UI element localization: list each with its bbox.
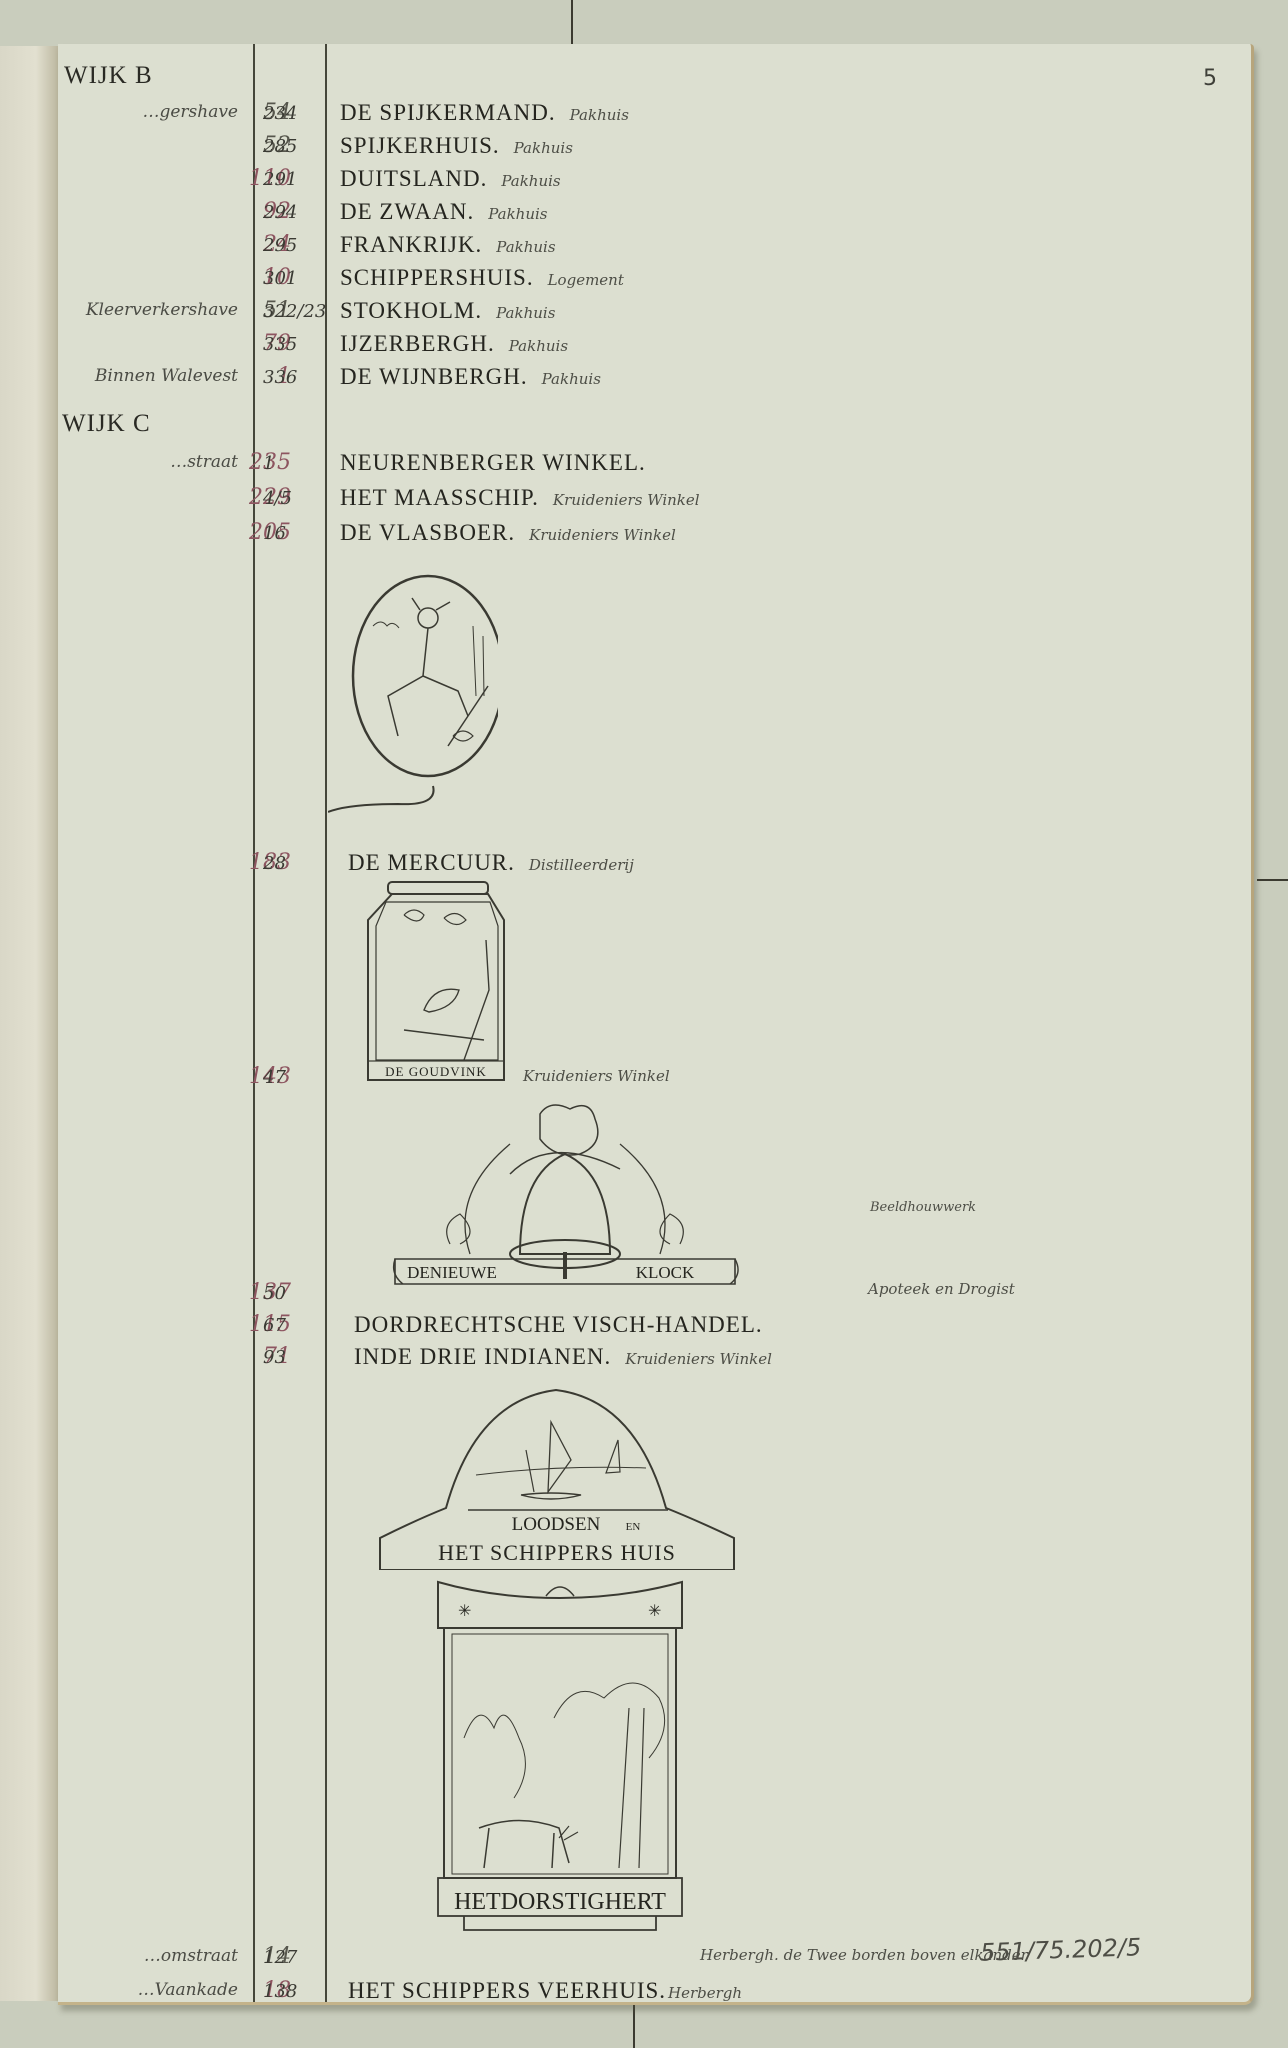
usage-note: Pakhuis	[509, 337, 568, 355]
sign-mercuur-illustration	[328, 566, 498, 816]
new-house-number: 47	[263, 1067, 323, 1088]
table-row: …gershave 54 234 DE SPIJKERMAND.Pakhuis	[58, 100, 1251, 132]
usage-note: Herbergh. de Twee borden boven elkander	[700, 1946, 1028, 1964]
sign-name: DE MERCUUR.Distilleerderij	[348, 850, 634, 876]
backdrop-line	[1257, 879, 1288, 881]
sign-name: DE VLASBOER.Kruideniers Winkel	[340, 520, 676, 546]
sign-name: DE WIJNBERGH.Pakhuis	[340, 364, 601, 390]
table-row: 71 93 INDE DRIE INDIANEN.Kruideniers Win…	[58, 1344, 1251, 1376]
table-row: 229 4/5 HET MAASSCHIP.Kruideniers Winkel	[58, 485, 1251, 517]
usage-note: Pakhuis	[496, 238, 555, 256]
usage-note: Pakhuis	[542, 370, 601, 388]
sign-name: SPIJKERHUIS.Pakhuis	[340, 133, 573, 159]
usage-note: Pakhuis	[570, 106, 629, 124]
usage-note-beeldhouwwerk: Beeldhouwwerk	[870, 1200, 976, 1215]
sign-name: DUITSLAND.Pakhuis	[340, 166, 561, 192]
new-house-number: 127	[263, 1947, 323, 1968]
table-row: 183 28 DE MERCUUR.Distilleerderij	[58, 850, 1251, 882]
new-house-number: 138	[263, 1981, 323, 2002]
sign-name: STOKHOLM.Pakhuis	[340, 298, 555, 324]
table-row: 115 67 DORDRECHTSCHE VISCH-HANDEL.	[58, 1312, 1251, 1344]
usage-note: Kruideniers Winkel	[523, 1067, 670, 1085]
usage-note: Distilleerderij	[529, 856, 634, 874]
new-house-number: 50	[263, 1283, 323, 1304]
sign-dorstig-hert-illustration: ✳ ✳ HETDORSTIGHERT	[434, 1578, 686, 1934]
table-row: 143 47 Kruideniers Winkel	[58, 1064, 1251, 1096]
deer-sign-icon: ✳ ✳ HETDORSTIGHERT	[434, 1578, 686, 1934]
usage-note: Apoteek en Drogist	[868, 1280, 1015, 1298]
previous-page-edge	[0, 46, 62, 2001]
table-row: 92 294 DE ZWAAN.Pakhuis	[58, 199, 1251, 231]
usage-note: Pakhuis	[488, 205, 547, 223]
new-house-number: 335	[263, 334, 323, 355]
new-house-number: 67	[263, 1315, 323, 1336]
usage-note: Pakhuis	[501, 172, 560, 190]
table-row: 10 301 SCHIPPERSHUIS.Logement	[58, 265, 1251, 297]
sign-name: IJZERBERGH.Pakhuis	[340, 331, 568, 357]
section-heading-wijk-c: WIJK C	[62, 410, 151, 438]
sign-name: INDE DRIE INDIANEN.Kruideniers Winkel	[354, 1344, 772, 1370]
street-name: …Vaankade	[138, 1980, 238, 2000]
table-row: 24 295 FRANKRIJK.Pakhuis	[58, 232, 1251, 264]
new-house-number: 1	[263, 453, 323, 474]
new-house-number: 295	[263, 235, 323, 256]
new-house-number: 93	[263, 1347, 323, 1368]
usage-note: Kruideniers Winkel	[553, 491, 700, 509]
usage-note: Pakhuis	[496, 304, 555, 322]
mercury-medallion-icon	[328, 566, 498, 816]
sign-name: DE SPIJKERMAND.Pakhuis	[340, 100, 629, 126]
bullfinch-sign-icon: DE GOUDVINK	[364, 880, 514, 1085]
usage-note: Kruideniers Winkel	[625, 1350, 772, 1368]
usage-note: Kruideniers Winkel	[529, 526, 676, 544]
catalog-number: 551/75.202/5	[980, 1933, 1142, 1967]
new-house-number: 4/5	[263, 488, 323, 509]
page-number: 5	[1203, 66, 1217, 91]
table-row: Kleerverkershave 51 322/23 STOKHOLM.Pakh…	[58, 298, 1251, 330]
table-row: …Vaankade 18 138 HET SCHIPPERS VEERHUIS.…	[58, 1978, 1251, 2010]
sign-name: NEURENBERGER WINKEL.	[340, 450, 660, 476]
ledger-page: 5 WIJK B …gershave 54 234 DE SPIJKERMAND…	[58, 44, 1254, 2005]
sign-goudvink-illustration: DE GOUDVINK	[364, 880, 514, 1085]
sign-klock-illustration: DENIEUWE KLOCK	[390, 1094, 860, 1304]
new-house-number: 294	[263, 202, 323, 223]
street-name: Binnen Walevest	[95, 366, 238, 386]
new-house-number: 234	[263, 103, 323, 124]
star-ornament-icon: ✳	[648, 1603, 661, 1620]
street-name: …gershave	[142, 102, 238, 122]
sign-name: FRANKRIJK.Pakhuis	[340, 232, 556, 258]
new-house-number: 291	[263, 169, 323, 190]
sign-name: DORDRECHTSCHE VISCH-HANDEL.	[354, 1312, 777, 1338]
street-name: …straat	[170, 452, 238, 472]
table-row: Binnen Walevest 1 336 DE WIJNBERGH.Pakhu…	[58, 364, 1251, 396]
usage-note: Logement	[548, 271, 624, 289]
table-row: 137 50 Apoteek en Drogist	[58, 1280, 1251, 1312]
table-row: 52 285 SPIJKERHUIS.Pakhuis	[58, 133, 1251, 165]
svg-text:HET SCHIPPERS HUIS: HET SCHIPPERS HUIS	[438, 1540, 676, 1565]
sign-name: HET MAASSCHIP.Kruideniers Winkel	[340, 485, 700, 511]
table-row: …straat 235 1 NEURENBERGER WINKEL.	[58, 450, 1251, 482]
star-ornament-icon: ✳	[458, 1603, 471, 1620]
street-name: …omstraat	[144, 1946, 238, 1966]
new-house-number: 16	[263, 523, 323, 544]
section-heading-wijk-b: WIJK B	[64, 62, 153, 90]
ships-sign-icon: LOODSEN EN HET SCHIPPERS HUIS	[376, 1380, 738, 1570]
table-row: 79 335 IJZERBERGH.Pakhuis	[58, 331, 1251, 363]
new-house-number: 285	[263, 136, 323, 157]
table-row: 205 16 DE VLASBOER.Kruideniers Winkel	[58, 520, 1251, 552]
new-house-number: 322/23	[263, 301, 323, 322]
new-house-number: 28	[263, 853, 323, 874]
sign-loodsen-illustration: LOODSEN EN HET SCHIPPERS HUIS	[376, 1380, 738, 1570]
svg-text:EN: EN	[626, 1521, 641, 1533]
street-name: Kleerverkershave	[86, 300, 238, 320]
new-house-number: 336	[263, 367, 323, 388]
bell-sign-icon: DENIEUWE KLOCK	[390, 1094, 860, 1304]
sign-name: HET SCHIPPERS VEERHUIS.Herbergh	[348, 1978, 742, 2004]
sign-name: DE ZWAAN.Pakhuis	[340, 199, 547, 225]
new-house-number: 301	[263, 268, 323, 289]
svg-text:HETDORSTIGHERT: HETDORSTIGHERT	[454, 1889, 666, 1915]
usage-note: Herbergh	[668, 1984, 742, 2002]
usage-note: Pakhuis	[514, 139, 573, 157]
svg-text:LOODSEN: LOODSEN	[512, 1514, 601, 1535]
table-row: 110 291 DUITSLAND.Pakhuis	[58, 166, 1251, 198]
sign-name: SCHIPPERSHUIS.Logement	[340, 265, 624, 291]
backdrop-line	[571, 0, 573, 46]
